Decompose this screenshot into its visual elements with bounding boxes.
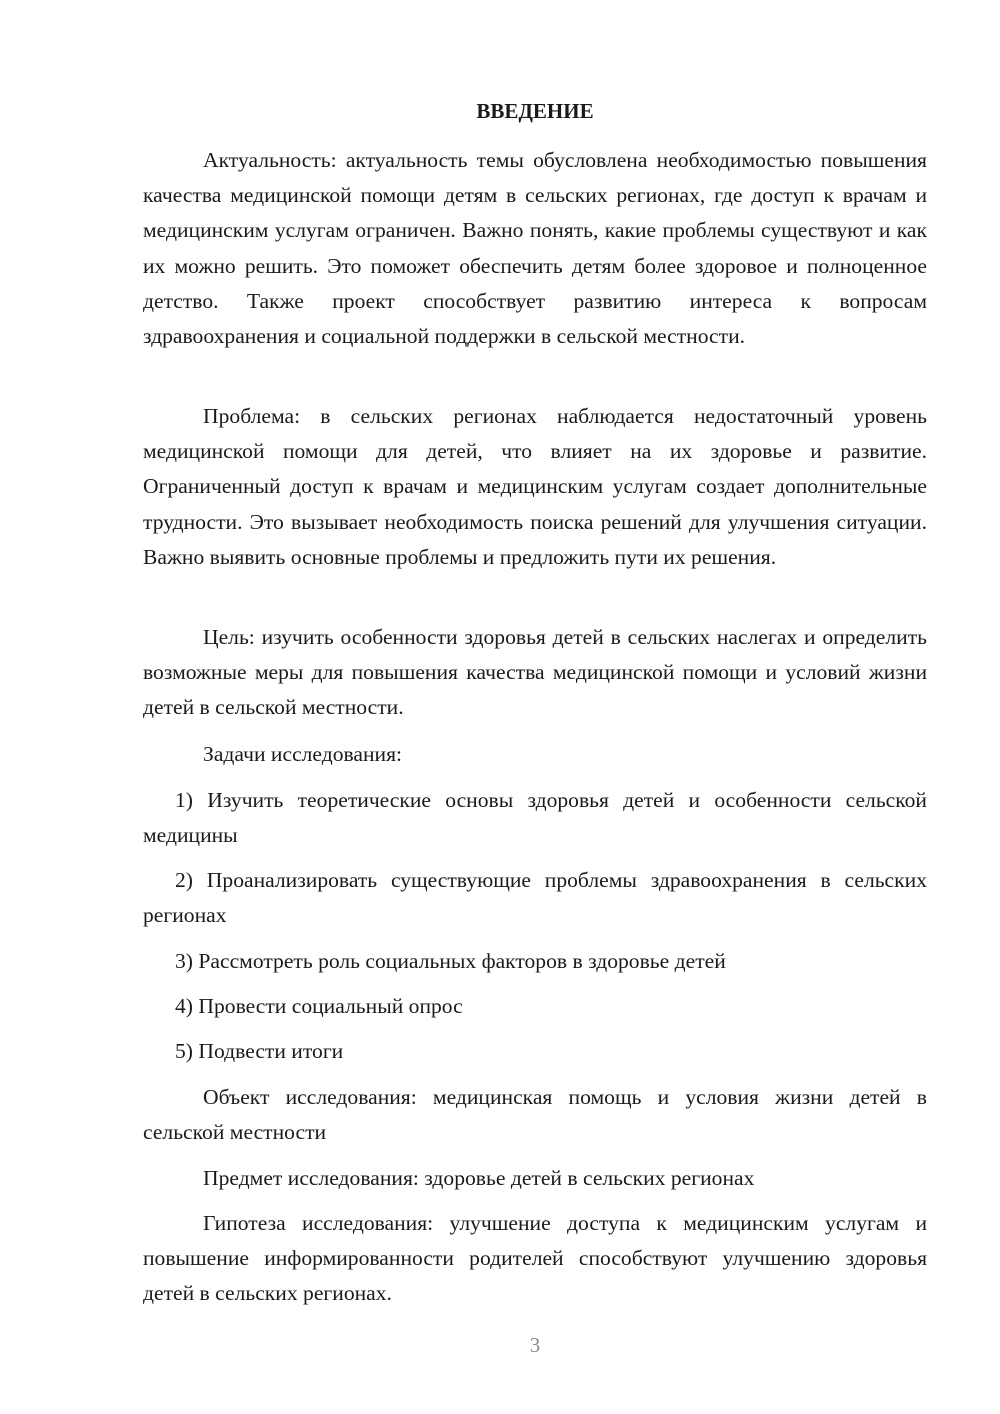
page-number: 3 <box>143 1333 927 1358</box>
list-item: 4) Провести социальный опрос <box>143 989 927 1024</box>
list-item: 3) Рассмотреть роль социальных факторов … <box>143 944 927 979</box>
list-item: 5) Подвести итоги <box>143 1034 927 1069</box>
paragraph-hypothesis: Гипотеза исследования: улучшение доступа… <box>143 1206 927 1312</box>
paragraph-relevance: Актуальность: актуальность темы обусловл… <box>143 143 927 354</box>
paragraph-goal: Цель: изучить особенности здоровья детей… <box>143 620 927 726</box>
paragraph-subject: Предмет исследования: здоровье детей в с… <box>143 1161 927 1196</box>
paragraph-problem: Проблема: в сельских регионах наблюдаетс… <box>143 399 927 575</box>
paragraph-object: Объект исследования: медицинская помощь … <box>143 1080 927 1150</box>
tasks-heading: Задачи исследования: <box>143 737 927 772</box>
list-item: 2) Проанализировать существующие проблем… <box>143 863 927 933</box>
list-item: 1) Изучить теоретические основы здоровья… <box>143 783 927 853</box>
page-title: ВВЕДЕНИЕ <box>143 96 927 126</box>
